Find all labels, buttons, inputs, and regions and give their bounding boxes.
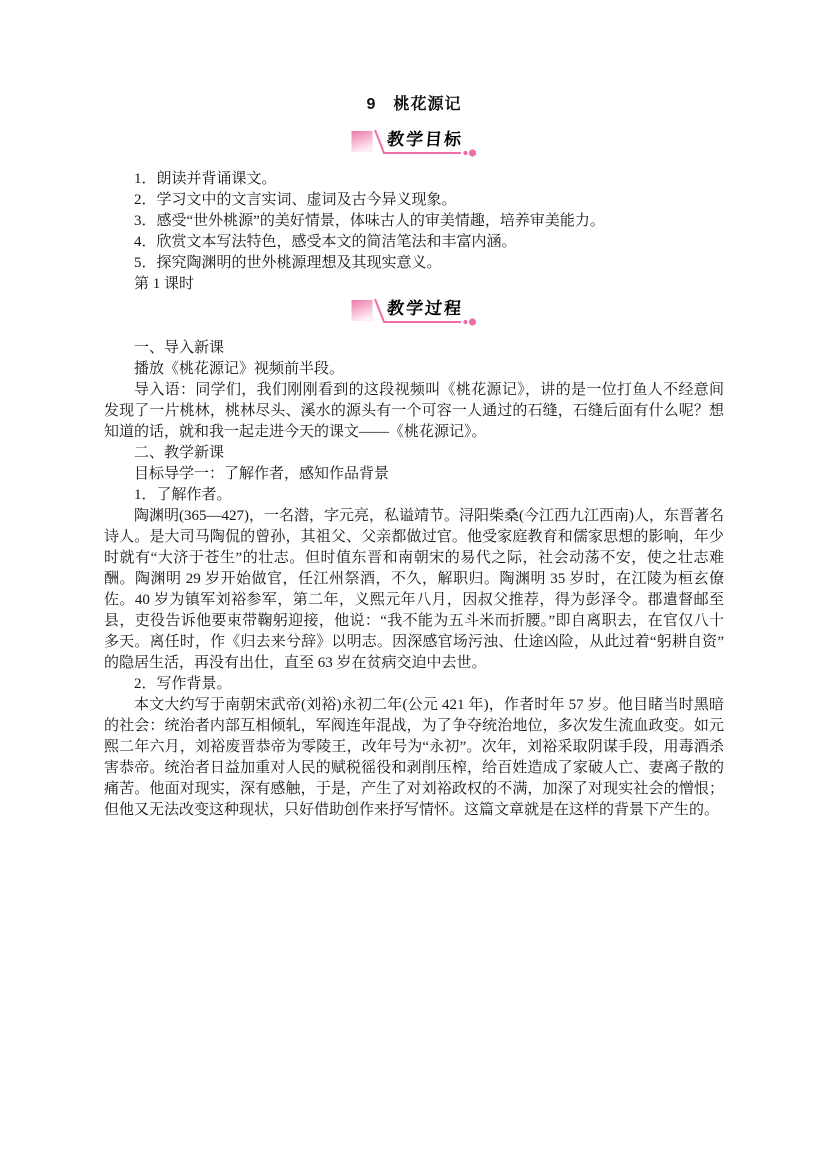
- objectives-banner-label: 教学目标: [386, 129, 464, 151]
- objective-item-1: 1．朗读并背诵课文。: [104, 169, 724, 190]
- page-title: 9 桃花源记: [104, 94, 724, 115]
- objective-item-2: 2．学习文中的文言实词、虚词及古今异义现象。: [104, 190, 724, 211]
- objective-item-5: 5．探究陶渊明的世外桃源理想及其现实意义。: [104, 253, 724, 274]
- intro-paragraph-lead: 导入语：同学们，我们刚刚看到的这段视频叫《桃花源记》，讲的是一位打鱼人不经意间发…: [104, 380, 724, 443]
- objectives-list: 1．朗读并背诵课文。 2．学习文中的文言实词、虚词及古今异义现象。 3．感受“世…: [104, 169, 724, 274]
- goal-guide-heading: 目标导学一：了解作者，感知作品背景: [104, 464, 724, 485]
- background-paragraph: 本文大约写于南朝宋武帝(刘裕)永初二年(公元 421 年)，作者时年 57 岁。…: [104, 695, 724, 821]
- new-lesson-section-heading: 二、教学新课: [104, 443, 724, 464]
- lesson-plan-page: 9 桃花源记 教学目标 1．朗读并背诵课文。 2．学习文中的文言实词、虚词及古今…: [0, 0, 827, 1169]
- objective-item-4: 4．欣赏文本写法特色，感受本文的简洁笔法和丰富内涵。: [104, 232, 724, 253]
- process-banner: 教学过程: [351, 297, 477, 328]
- process-banner-label: 教学过程: [386, 298, 464, 320]
- background-subheading: 2．写作背景。: [104, 674, 724, 695]
- author-paragraph: 陶渊明(365—427)，一名潜，字元亮，私谥靖节。浔阳柴桑(今江西九江西南)人…: [104, 506, 724, 674]
- intro-paragraph-video: 播放《桃花源记》视频前半段。: [104, 359, 724, 380]
- author-subheading: 1．了解作者。: [104, 485, 724, 506]
- lesson-period-label: 第 1 课时: [104, 274, 724, 295]
- intro-section-heading: 一、导入新课: [104, 338, 724, 359]
- objectives-banner: 教学目标: [351, 128, 477, 159]
- objective-item-3: 3．感受“世外桃源”的美好情景，体味古人的审美情趣，培养审美能力。: [104, 211, 724, 232]
